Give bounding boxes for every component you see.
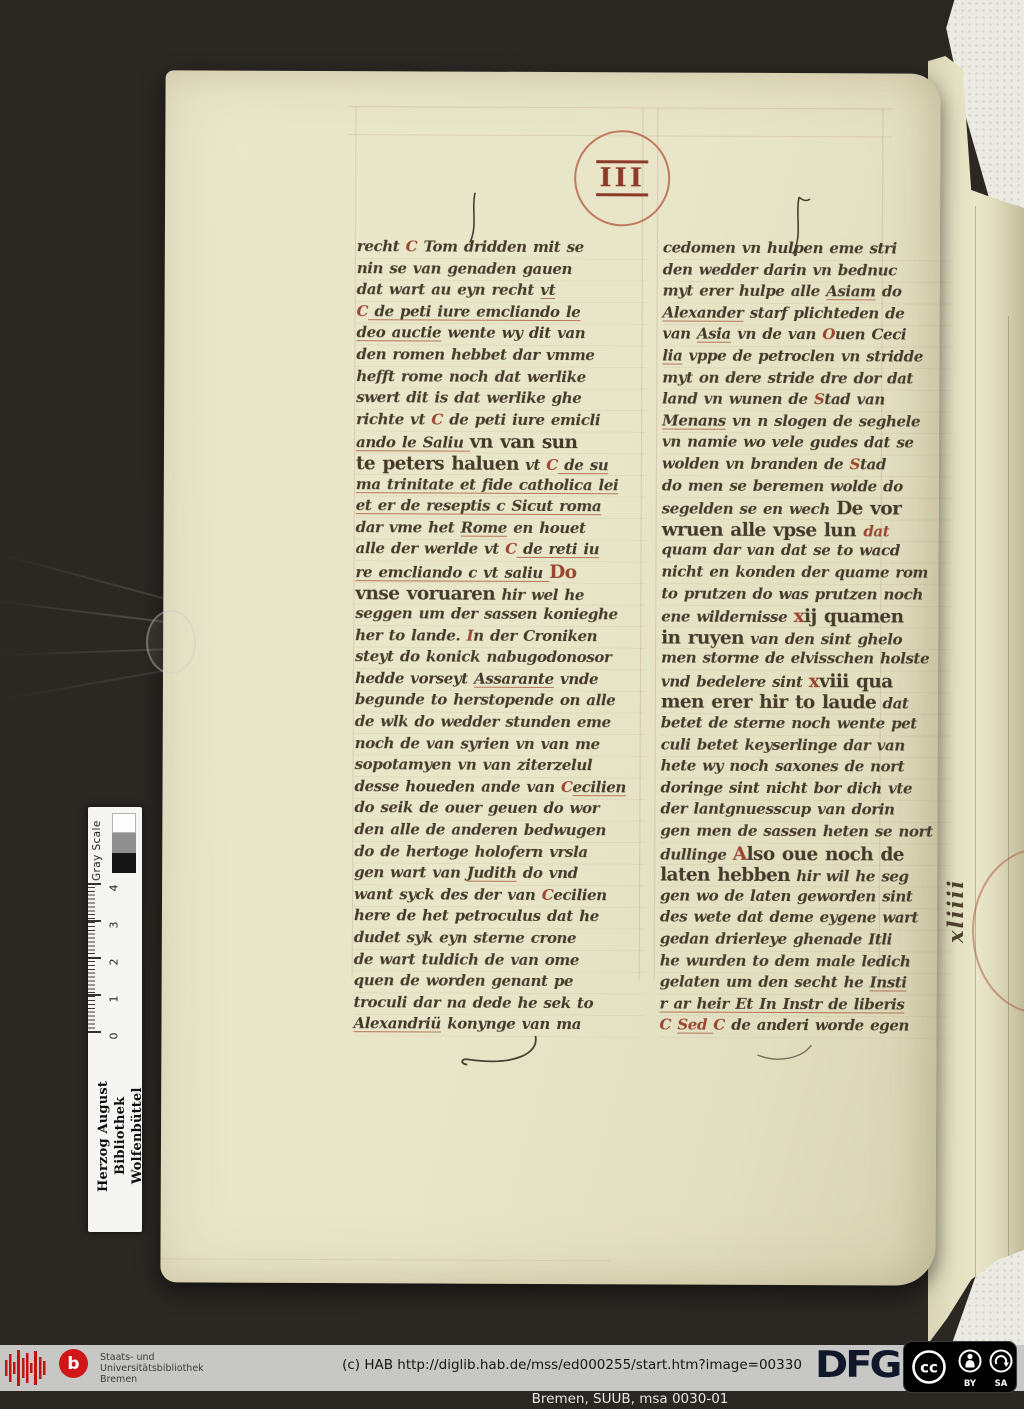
ruling-line	[654, 107, 659, 979]
bremen-library-name: Staats- und Universitätsbibliothek Breme…	[100, 1352, 204, 1385]
manuscript-line: he wurden to dem male ledich	[660, 951, 950, 974]
text-segment: Alexandriü	[353, 1015, 441, 1033]
text-segment: sopotamyen vn van ziterzelul	[355, 755, 593, 774]
institution-line2: Wolfenbüttel	[129, 1040, 146, 1232]
text-segment: steyt do konick nabugodonosor	[355, 647, 611, 666]
text-segment: seggen um der sassen konieghe	[355, 604, 617, 623]
folio-circle: III	[574, 130, 670, 226]
ruler-tick	[88, 994, 101, 996]
page-edge-line	[975, 206, 976, 1314]
manuscript-line: gen wo de laten geworden sint	[660, 886, 950, 909]
manuscript-line: men erer hir to laude dat	[661, 692, 951, 715]
text-segment: van	[662, 325, 697, 343]
bremen-b-icon: b	[59, 1349, 88, 1378]
text-segment: Assarante	[474, 670, 554, 688]
manuscript-line: et er de reseptis c Sicut roma	[356, 496, 646, 519]
text-segment: de peti iure emicli	[443, 410, 600, 429]
digitized-manuscript-photo: xliiii III recht C Tom dridden mit sen	[0, 0, 1024, 1409]
text-segment: vn de van	[731, 325, 823, 343]
library-name-line2: Universitätsbibliothek	[100, 1363, 204, 1374]
manuscript-line: want syck des der van Cecilien	[354, 885, 644, 908]
text-segment: gedan drierleye ghenade Itli	[660, 929, 892, 948]
text-segment: want syck des der van	[354, 885, 542, 904]
ruler-number-1: 1	[108, 989, 121, 1003]
manuscript-line: deo auctie wente wy dit van	[356, 324, 646, 347]
text-segment: C	[357, 302, 369, 320]
cc-by-icon: BY	[960, 1351, 981, 1390]
manuscript-line: re emcliando c vt saliu Do	[355, 561, 645, 584]
text-segment: C	[406, 237, 418, 255]
page-holder-clip	[146, 610, 196, 674]
text-segment: men erer hir to laude	[661, 692, 876, 714]
text-segment: betet de sterne noch wente pet	[661, 714, 917, 733]
text-segment: des wete dat deme eygene wart	[660, 908, 918, 927]
svg-text:cc: cc	[920, 1359, 938, 1377]
text-segment: C	[659, 1016, 677, 1034]
text-segment: A	[733, 843, 747, 864]
manuscript-line: ma trinitate et fide catholica lei	[356, 475, 646, 498]
manuscript-line: nicht en konden der quame rom	[661, 562, 951, 585]
text-segment: x	[809, 671, 820, 692]
manuscript-line: myt erer hulpe alle Asiam do	[663, 282, 953, 305]
text-segment: do de hertoge holofern vrsla	[354, 842, 588, 861]
text-segment: begunde to herstopende on alle	[355, 691, 616, 710]
text-segment: wente wy dit van	[441, 324, 585, 343]
gray-scale-square-white	[112, 813, 136, 833]
text-segment: Do	[549, 562, 576, 583]
text-segment: vn namie wo vele gudes dat se	[662, 433, 914, 452]
manuscript-line: land vn wunen de Stad van	[662, 390, 952, 413]
text-segment: C	[505, 540, 517, 558]
ruler-number-2: 2	[108, 952, 121, 966]
manuscript-line: de wart tuldich de van ome	[354, 950, 644, 973]
text-segment: et er de reseptis c Sicut roma	[356, 496, 601, 515]
text-segment: tad van	[824, 390, 884, 408]
manuscript-line: doringe sint nicht bor dich vte	[660, 778, 950, 801]
bremen-b-letter: b	[67, 1354, 79, 1374]
text-segment: ma trinitate et fide catholica lei	[356, 475, 618, 494]
manuscript-line: richte vt C de peti iure emicli	[356, 410, 646, 433]
text-segment: de anderi worde egen	[725, 1016, 909, 1035]
manuscript-line: noch de van syrien vn van me	[355, 734, 645, 757]
manuscript-line: hefft rome noch dat werlike	[356, 367, 646, 390]
manuscript-line: cedomen vn hulpen eme stri	[663, 238, 953, 261]
manuscript-line: vn namie wo vele gudes dat se	[662, 433, 952, 456]
text-segment: Tom dridden mit se	[417, 237, 584, 256]
text-segment: C	[713, 1016, 725, 1034]
manuscript-line: ene wildernisse xij quamen	[661, 606, 951, 629]
text-segment: gen wo de laten geworden sint	[660, 886, 913, 905]
text-segment: vppe de petroclen vn stridde	[682, 347, 923, 366]
manuscript-line: myt on dere stride dre dor dat	[662, 368, 952, 391]
text-segment: lia	[662, 346, 682, 364]
text-segment: dat	[863, 522, 889, 540]
text-segment: r ar heir Et In Instr de liberis	[660, 994, 905, 1013]
manuscript-line: men storme de elvisschen holste	[661, 649, 951, 672]
text-segment: de reti iu	[517, 540, 600, 558]
text-segment: vt	[519, 456, 547, 474]
manuscript-line: hete wy noch saxones de nort	[661, 757, 951, 780]
text-segment: quen de worden genant pe	[354, 971, 574, 990]
text-segment: Rome	[461, 518, 507, 536]
manuscript-line: do de hertoge holofern vrsla	[354, 842, 644, 865]
text-segment: ecilien	[572, 778, 625, 796]
manuscript-line: laten hebben hir wil he seg	[660, 865, 950, 888]
text-segment: hete wy noch saxones de nort	[661, 757, 905, 776]
text-segment: do seik de ouer geuen do wor	[354, 799, 599, 818]
manuscript-line: sopotamyen vn van ziterzelul	[355, 755, 645, 778]
manuscript-line: culi betet keyserlinge dar van	[661, 735, 951, 758]
ruling-line	[160, 1258, 610, 1261]
text-segment: de wart tuldich de van ome	[354, 950, 579, 969]
text-segment: C	[542, 886, 554, 904]
text-segment: dat wart au eyn recht	[357, 280, 541, 299]
text-segment: ecilien	[553, 886, 606, 904]
text-segment: troculi dar na dede he sek to	[354, 993, 594, 1012]
text-segment: segelden se en wech	[662, 500, 837, 519]
manuscript-line: Menans vn n slogen de seghele	[662, 411, 952, 434]
ruler-tick	[88, 920, 101, 922]
text-segment: tad	[860, 455, 886, 473]
institution-label: Herzog August Bibliothek Wolfenbüttel	[95, 1040, 135, 1232]
text-segment: viii qua	[819, 671, 892, 692]
dfg-logo: DFG	[815, 1344, 899, 1386]
light-streak	[0, 668, 174, 702]
cc-by-label: BY	[964, 1379, 977, 1389]
text-segment: quam dar van dat se to wacd	[662, 541, 900, 560]
copyright-text: (c) HAB http://diglib.hab.de/mss/ed00025…	[250, 1357, 894, 1373]
manuscript-line: steyt do konick nabugodonosor	[355, 647, 645, 670]
manuscript-line: den alle de anderen bedwugen	[354, 820, 644, 843]
text-segment: dat	[876, 695, 908, 713]
manuscript-line: de wlk do wedder stunden eme	[355, 712, 645, 735]
manuscript-line: dat wart au eyn recht vt	[357, 280, 647, 303]
manuscript-line: den wedder darin vn bednuc	[663, 260, 953, 283]
text-segment: do vnd	[516, 864, 577, 882]
text-segment: hedde vorseyt	[355, 669, 474, 688]
text-segment: Alexander	[663, 303, 744, 321]
library-name-line1: Staats- und	[100, 1352, 204, 1363]
manuscript-line: segelden se en wech De vor	[662, 498, 952, 521]
text-segment: Insti	[870, 974, 907, 992]
shelfmark: Bremen, SUUB, msa 0030-01	[236, 1391, 1024, 1407]
manuscript-line: alle der werlde vt C de reti iu	[356, 539, 646, 562]
text-segment: dudet syk eyn sterne crone	[354, 928, 576, 947]
text-segment: culi betet keyserlinge dar van	[661, 735, 905, 754]
text-segment: S	[814, 390, 825, 408]
text-segment: alle der werlde vt	[356, 539, 506, 558]
text-segment: nin se van genaden gauen	[357, 259, 572, 278]
color-ruler: Gray Scale 4 3 2 1 0 Herzog August Bibli…	[88, 807, 142, 1232]
ruler-number-3: 3	[108, 915, 121, 929]
text-segment: vt	[540, 281, 555, 299]
text-segment: dullinge	[660, 845, 733, 863]
manuscript-line: r ar heir Et In Instr de liberis	[660, 994, 950, 1017]
text-segment: ij quamen	[804, 606, 904, 627]
manuscript-line: dar vme het Rome en houet	[356, 518, 646, 541]
manuscript-line: vnse voruaren hir wel he	[355, 583, 645, 606]
ruler-tick	[88, 957, 101, 959]
folio-number: III	[596, 160, 648, 196]
text-segment: konynge van ma	[441, 1015, 581, 1034]
text-segment: men storme de elvisschen holste	[661, 649, 929, 668]
manuscript-line: C Sed C de anderi worde egen	[659, 1016, 949, 1039]
text-segment: dar vme het	[356, 518, 461, 536]
manuscript-line: begunde to herstopende on alle	[355, 691, 645, 714]
text-segment: der lantgnuesscup van dorin	[660, 800, 894, 819]
ruler-ticks	[88, 883, 95, 1035]
text-segment: n der Croniken	[473, 626, 597, 645]
manuscript-line: hedde vorseyt Assarante vnde	[355, 669, 645, 692]
manuscript-line: wruen alle vpse lun dat	[662, 519, 952, 542]
manuscript-column-left: recht C Tom dridden mit senin se van gen…	[353, 237, 646, 1037]
text-segment: vnde	[554, 670, 598, 688]
text-segment: noch de van syrien vn van me	[355, 734, 600, 753]
page-edge-line	[1008, 316, 1009, 1314]
manuscript-line: gen men de sassen heten se nort	[660, 822, 950, 845]
manuscript-line: dullinge Also oue noch de	[660, 843, 950, 866]
text-segment: laten hebben	[660, 865, 790, 887]
library-name-line3: Bremen	[100, 1374, 204, 1385]
text-segment: den wedder darin vn bednuc	[663, 260, 897, 279]
text-segment: de peti iure emcliando le	[368, 302, 580, 321]
text-segment: den alle de anderen bedwugen	[354, 820, 606, 839]
manuscript-line: gen wart van Judith do vnd	[354, 863, 644, 886]
ruler-number-0: 0	[108, 1026, 121, 1040]
manuscript-line: here de het petroculus dat he	[354, 907, 644, 930]
text-segment: gelaten um den secht he	[660, 973, 870, 992]
text-segment: Asiam	[826, 282, 875, 300]
manuscript-line: her to lande. In der Croniken	[355, 626, 645, 649]
manuscript-line: wolden vn branden de Stad	[662, 454, 952, 477]
text-segment: re emcliando c vt saliu	[355, 563, 549, 582]
manuscript-line: vnd bedelere sint xviii qua	[661, 670, 951, 693]
text-segment: swert dit is dat werlike ghe	[356, 388, 581, 407]
text-segment: richte vt	[356, 410, 431, 428]
text-segment: hefft rome noch dat werlike	[356, 367, 586, 386]
text-segment: C	[546, 456, 558, 474]
text-segment: here de het petroculus dat he	[354, 907, 599, 926]
text-segment: myt erer hulpe alle	[663, 282, 827, 301]
manuscript-line: C de peti iure emcliando le	[357, 302, 647, 325]
text-segment: de su	[558, 456, 609, 474]
text-segment: wolden vn branden de	[662, 454, 850, 473]
manuscript-line: des wete dat deme eygene wart	[660, 908, 950, 931]
text-segment: S	[850, 455, 861, 473]
text-segment: de wlk do wedder stunden eme	[355, 712, 611, 731]
manuscript-line: seggen um der sassen konieghe	[355, 604, 645, 627]
text-segment: land vn wunen de	[662, 390, 814, 409]
cc-sa-label: SA	[995, 1379, 1008, 1389]
text-segment: Menans	[662, 411, 726, 429]
text-segment: vnse voruaren	[355, 583, 495, 605]
manuscript-line: desse houeden ande van Cecilien	[354, 777, 644, 800]
text-segment: hir wel he	[495, 585, 584, 603]
text-segment: lso oue noch de	[747, 843, 904, 865]
colophon-swash	[451, 1034, 561, 1074]
ruler-number-4: 4	[108, 878, 121, 892]
manuscript-line: den romen hebbet dar vmme	[356, 345, 646, 368]
text-segment: ene wildernisse	[661, 608, 793, 627]
manuscript-line: quen de worden genant pe	[354, 971, 644, 994]
text-segment: wruen alle vpse lun	[662, 519, 864, 541]
text-segment: do men se beremen wolde do	[662, 476, 903, 495]
text-segment: C	[431, 410, 443, 428]
text-segment: myt on dere stride dre dor dat	[662, 368, 913, 387]
text-segment: to prutzen do was prutzen noch	[661, 584, 923, 603]
colophon-swash	[751, 1041, 821, 1071]
light-streak	[0, 553, 174, 602]
cc-icon: cc	[914, 1352, 945, 1383]
text-segment: vnd bedelere sint	[661, 672, 809, 691]
ruling-line	[347, 106, 892, 109]
text-segment: te peters haluen	[356, 453, 519, 475]
manuscript-column-right: cedomen vn hulpen eme striden wedder dar…	[659, 238, 952, 1038]
manuscript-line: Alexandriü konynge van ma	[353, 1015, 643, 1038]
text-segment: De vor	[836, 498, 901, 519]
manuscript-line: nin se van genaden gauen	[357, 259, 647, 282]
text-segment: cedomen vn hulpen eme stri	[663, 238, 897, 257]
text-segment: Judith	[467, 864, 517, 882]
text-segment: O	[822, 326, 835, 344]
text-segment: den romen hebbet dar vmme	[356, 345, 594, 364]
text-segment: he wurden to dem male ledich	[660, 951, 911, 970]
text-segment: Sed	[677, 1016, 713, 1034]
text-segment: do	[876, 283, 902, 301]
text-segment: starf plichteden de	[743, 304, 904, 323]
manuscript-line: quam dar van dat se to wacd	[662, 541, 952, 564]
manuscript-line: van Asia vn de van Ouen Ceci	[662, 325, 952, 348]
manuscript-line: dudet syk eyn sterne crone	[354, 928, 644, 951]
text-segment: in ruyen	[661, 627, 744, 648]
text-segment: C	[561, 778, 573, 796]
ruler-tick	[88, 883, 101, 885]
manuscript-line: Alexander starf plichteden de	[663, 303, 953, 326]
manuscript-line: lia vppe de petroclen vn stridde	[662, 346, 952, 369]
cc-sa-icon: SA	[991, 1351, 1012, 1390]
gray-scale-label: Gray Scale	[91, 809, 103, 881]
text-segment: recht	[357, 237, 406, 255]
text-segment: desse houeden ande van	[354, 777, 561, 796]
light-streak	[0, 600, 174, 624]
text-segment: deo auctie	[356, 324, 441, 342]
manuscript-line: te peters haluen vt C de su	[356, 453, 646, 476]
manuscript-line: swert dit is dat werlike ghe	[356, 388, 646, 411]
gray-scale-square-gray	[112, 833, 136, 853]
institution-line1: Herzog August Bibliothek	[95, 1040, 129, 1232]
text-segment: gen wart van	[354, 863, 467, 881]
text-segment: Asia	[697, 325, 731, 343]
manuscript-line: in ruyen van den sint ghelo	[661, 627, 951, 650]
cc-license-badge: cc BY SA	[903, 1341, 1017, 1393]
text-segment: gen men de sassen heten se nort	[660, 822, 932, 841]
text-segment: doringe sint nicht bor dich vte	[660, 778, 912, 797]
manuscript-line: to prutzen do was prutzen noch	[661, 584, 951, 607]
text-segment: x	[794, 606, 805, 627]
manuscript-line: der lantgnuesscup van dorin	[660, 800, 950, 823]
text-segment: vn van sun	[470, 432, 578, 453]
text-segment: vn n slogen de seghele	[726, 412, 920, 431]
text-segment: en houet	[507, 519, 586, 537]
manuscript-line: ando le Saliu vn van sun	[356, 431, 646, 454]
facing-folio-number: xliiii	[943, 919, 1024, 943]
manuscript-line: do men se beremen wolde do	[662, 476, 952, 499]
manuscript-line: gelaten um den secht he Insti	[660, 973, 950, 996]
text-segment: nicht en konden der quame rom	[661, 562, 928, 581]
ruler-tick	[88, 1031, 101, 1033]
suub-barcode-icon	[4, 1348, 48, 1388]
manuscript-line: gedan drierleye ghenade Itli	[660, 929, 950, 952]
text-segment: ando le Saliu	[356, 433, 470, 451]
text-segment: her to lande.	[355, 626, 467, 644]
manuscript-page: III recht C Tom dridden mit senin se van…	[160, 70, 940, 1285]
manuscript-line: recht C Tom dridden mit se	[357, 237, 647, 260]
text-segment: hir wil he seg	[790, 867, 909, 886]
gray-scale-square-black	[112, 853, 136, 873]
manuscript-line: troculi dar na dede he sek to	[354, 993, 644, 1016]
manuscript-line: betet de sterne noch wente pet	[661, 714, 951, 737]
manuscript-line: do seik de ouer geuen do wor	[354, 799, 644, 822]
text-segment: uen Ceci	[835, 326, 906, 344]
text-segment: van den sint ghelo	[744, 630, 902, 649]
